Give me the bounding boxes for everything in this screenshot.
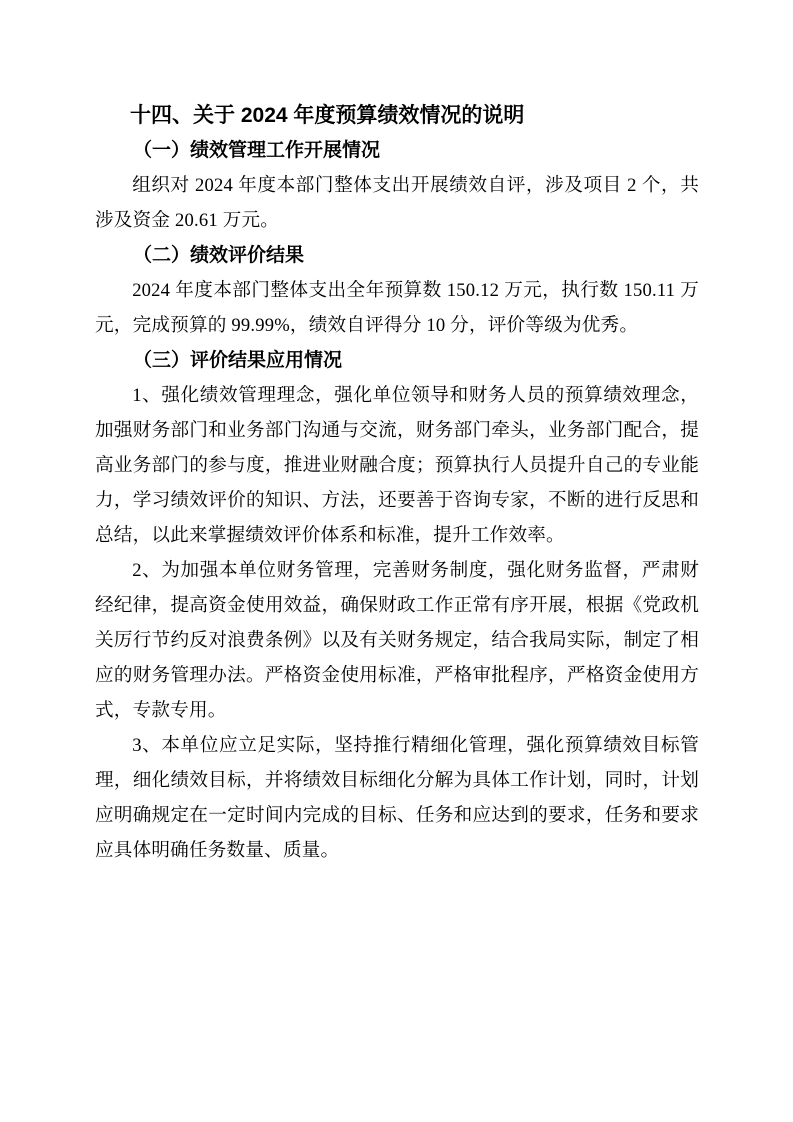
section-heading-evaluation-results: （二）绩效评价结果 [95,238,699,273]
paragraph: 2024 年度本部门整体支出全年预算数 150.12 万元，执行数 150.11… [95,273,699,343]
paragraph: 2、为加强本单位财务管理，完善财务制度，强化财务监督，严肃财经纪律，提高资金使用… [95,553,699,728]
document-title: 十四、关于 2024 年度预算绩效情况的说明 [95,98,699,133]
section-heading-results-application: （三）评价结果应用情况 [95,343,699,378]
paragraph: 组织对 2024 年度本部门整体支出开展绩效自评，涉及项目 2 个，共涉及资金 … [95,168,699,238]
section-heading-performance-management: （一）绩效管理工作开展情况 [95,133,699,168]
paragraph: 1、强化绩效管理理念，强化单位领导和财务人员的预算绩效理念，加强财务部门和业务部… [95,378,699,553]
paragraph: 3、本单位应立足实际，坚持推行精细化管理，强化预算绩效目标管理，细化绩效目标，并… [95,728,699,868]
document-page: 十四、关于 2024 年度预算绩效情况的说明 （一）绩效管理工作开展情况 组织对… [0,0,793,1122]
